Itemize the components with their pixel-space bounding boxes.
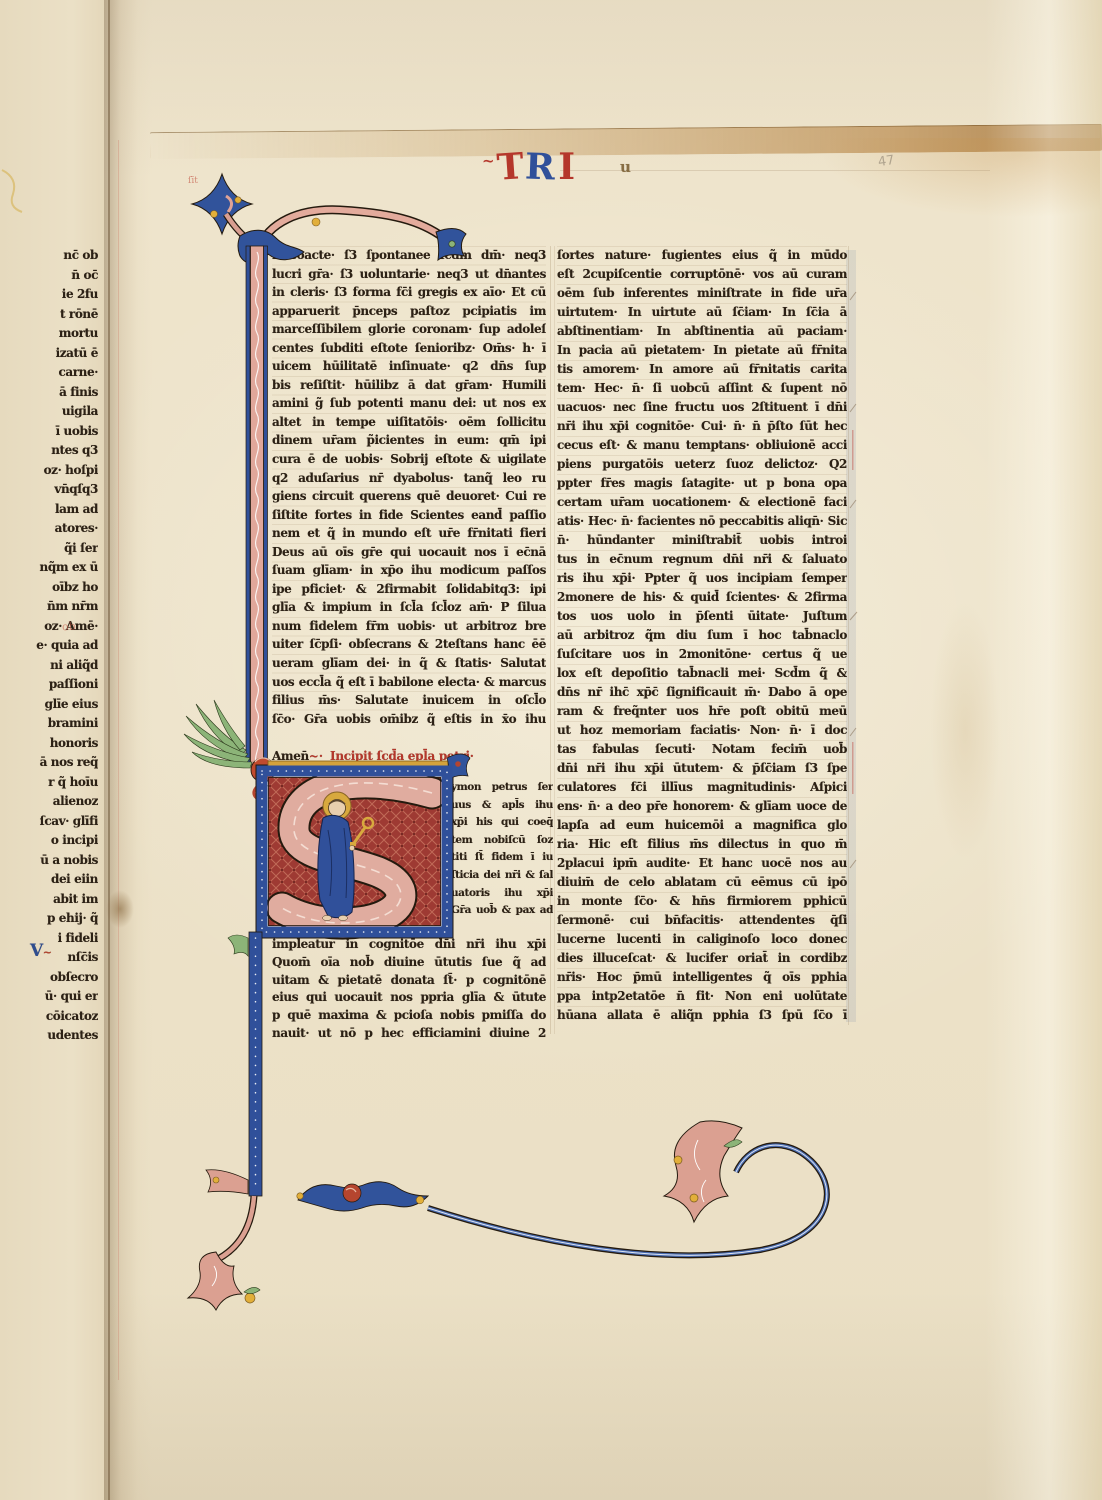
stain	[820, 138, 1100, 218]
text-line: lucerne lucenti in caliginoſo loco donec	[557, 930, 847, 949]
text-line: dn̄i nr̄i ihu xp̄i ūtutem· & p̄ſc̄iam ſ3…	[557, 759, 847, 778]
quire-signature: ſīt	[188, 176, 198, 186]
text-line: Deus aū oīs gr̄e qui uocauit nos ī ec̄nā	[272, 543, 546, 562]
text-line: lox eſt depoſitio tab̄nacli mei· Scd̄m q…	[557, 664, 847, 683]
facing-margin-note: ob	[62, 620, 77, 634]
text-line: uiter ſc̄pſi· obſecrans & 2teſtans hanc …	[272, 635, 546, 654]
text-column-right: ſortes nature· fugientes eius q̃ in mūdo…	[557, 246, 847, 1025]
text-line: uos eccl̄a q̃ eſt ī babilone electa· & m…	[272, 673, 546, 692]
text-line: uacuos· nec ſine fructu uos 2ſtituent ī …	[557, 398, 847, 417]
text-line: in cleris· ſ3 forma fc̄i gregis ex aīo· …	[272, 283, 546, 302]
stain	[930, 600, 1000, 860]
text-line: Gr̄a uob̄ & pax ad	[451, 902, 553, 920]
running-header-letter: T	[495, 145, 525, 189]
text-line: tas fabulas ſecuti· Notam fecim̄ uob̄	[557, 740, 847, 759]
text-below-initial: impleatur in cognitōe dn̄i nr̄i ihu xp̄i…	[272, 936, 546, 1043]
text-line: aū arbitroz q̃m diu ſum ī hoc tab̄naclo	[557, 626, 847, 645]
text-line-fragment: cōicatoz	[0, 1007, 98, 1027]
text-line: oēm ſub inferentes miniſtrate in fide ur…	[557, 284, 847, 303]
text-line: p quē maxima & pcioſa nobis pmiſſa do	[272, 1007, 546, 1025]
text-line: impleatur in cognitōe dn̄i nr̄i ihu xp̄i	[272, 936, 546, 954]
text-line-fragment: ū· qui er	[0, 987, 98, 1007]
text-line-fragment: ntes q3	[0, 441, 98, 461]
text-line: nr̄is· Hoc p̄mū intelligentes q̃ oīs pph…	[557, 968, 847, 987]
text-line: cecus eſt· & manu temptans· obliuionē ac…	[557, 436, 847, 455]
text-line: xp̄i his qui coeq̄	[451, 814, 553, 832]
text-line: q2 aduſarius nr̄ dyabolus· tanq̃ leo ru	[272, 469, 546, 488]
text-line: ſc̄o· Gr̄a uobis om̄ibz q̃ eſtis in x̄o …	[272, 710, 546, 729]
text-line: eius qui uocauit nos ppria glīa & ūtute	[272, 989, 546, 1007]
text-line: tem nobiſcū ſoz	[451, 832, 553, 850]
text-line: 2placui ipm̄ audite· Et hanc uocē nos au	[557, 854, 847, 873]
rubric-incipit: Incipit ſcd̄a epl̄a petri·	[330, 749, 474, 763]
text-line: ipe pficiet· & 2firmabit ſolidabitq3: ip…	[272, 580, 546, 599]
text-line-fragment: izatū ē	[0, 344, 98, 364]
text-line-fragment: ā finis	[0, 383, 98, 403]
text-line: ria· Hic eſt filius m̄s dilectus in quo …	[557, 835, 847, 854]
text-line: 2monere de his· & quid̄ ſcientes· & 2fir…	[557, 588, 847, 607]
text-line-fragment: abit im	[0, 890, 98, 910]
text-line: dinem ur̄am p̃icientes in eum: qm̄ ipi	[272, 431, 546, 450]
text-line: altet in tempe uiſitatōis· oēm ſollicitu	[272, 413, 546, 432]
text-line: nauit· ut nō p hec efficiamini diuine 2	[272, 1025, 546, 1043]
text-line-fragment: udentes	[0, 1026, 98, 1046]
text-line: ris ihu xp̄i· Ppter q̃ uos incipiam ſemp…	[557, 569, 847, 588]
text-line: ppa intp2etatōe n̄ fit· Non eni uolūtate	[557, 987, 847, 1006]
text-line: ppter fr̄es magis ſatagite· ut p bona op…	[557, 474, 847, 493]
text-line-fragment: paſſioni	[0, 675, 98, 695]
stray-letter-mark: u	[620, 158, 631, 176]
page-gutter-edge	[104, 0, 152, 1500]
text-line: ſortes nature· fugientes eius q̃ in mūdo	[557, 246, 847, 265]
text-line-fragment: dei eiin	[0, 870, 98, 890]
text-line: In pacia aū pietatem· In pietate aū fr̄n…	[557, 341, 847, 360]
text-line-fragment: bramini	[0, 714, 98, 734]
text-line: culatores fc̄i illīus magnitudinis· Aſpi…	[557, 778, 847, 797]
text-line-fragment: oz· hoſpi	[0, 461, 98, 481]
text-line: bis reſiſtit· hūilibz ā dat gr̄am· Humil…	[272, 376, 546, 395]
text-line-fragment: r q̃ hoīu	[0, 773, 98, 793]
text-line: nem et q̃ in mundo eſt ur̄e fr̄nitati fi…	[272, 524, 546, 543]
text-line: ñ coacte· ſ3 ſpontanee ſcd̄m dm̄· neq3 t…	[272, 246, 546, 265]
text-line-fragment: obſecro	[0, 968, 98, 988]
text-line: amini g̃ ſub potenti manu dei: ut nos ex	[272, 394, 546, 413]
text-line-fragment: p ehij· q̃	[0, 909, 98, 929]
text-line: lapſa ad eum huicemōi a magnifica glo	[557, 816, 847, 835]
facing-page-edge: nc̄ obn̄ oc̄ie 2fut rōnēmortuizatū ēcarn…	[0, 0, 104, 1500]
folio-pencil-mark: 47	[877, 153, 895, 170]
text-line-fragment: lam ad	[0, 500, 98, 520]
text-line-fragment: e· quia ad	[0, 636, 98, 656]
manuscript-photo: nc̄ obn̄ oc̄ie 2fut rōnēmortuizatū ēcarn…	[0, 0, 1102, 1500]
text-line: nr̄i ihu xp̄i cognitōe· Cui· n̄· n̄ p̄ſt…	[557, 417, 847, 436]
text-line-fragment: ie 2fu	[0, 285, 98, 305]
text-line: uitam & pietatē donata ſt̄· p cognitōnē	[272, 972, 546, 990]
text-line-fragment: ā nos req̃	[0, 753, 98, 773]
text-line: hūana allata ē aliq̃n pphia ſ3 ſpū ſc̄o …	[557, 1006, 847, 1025]
text-line: tos uos uolo in p̄ſenti ūitate· Juſtum	[557, 607, 847, 626]
text-line: ſticia dei nr̄i & ſal	[451, 867, 553, 885]
text-line: uatoris ihu xp̄i	[451, 885, 553, 903]
text-line: centes ſubditi eſtote ſenioribz· Om̄s· h…	[272, 339, 546, 358]
penwork-flourish: ~	[43, 946, 52, 959]
running-header-letter: I	[558, 146, 575, 188]
text-line: ſermonē· cui bn̄facitis· attendentes q̄ſ…	[557, 911, 847, 930]
ruling-line	[554, 246, 555, 1034]
text-line: ram & freq̃nter uos hr̄e poſt obitū meū	[557, 702, 847, 721]
text-line-fragment: ſcav· glīfi	[0, 812, 98, 832]
text-line: marceſſibilem glorie coronam· ſup adoleſ	[272, 320, 546, 339]
text-line: Quom̄ oīa nob̄ diuine ūtutis ſue q̃ ad	[272, 954, 546, 972]
text-line: ſiſtite fortes in fide Scientes eand̄ pa…	[272, 506, 546, 525]
text-line-fragment: honoris	[0, 734, 98, 754]
text-line: tus in ec̄num regnum dn̄i nr̄i & ſaluato	[557, 550, 847, 569]
text-line: uicem hūilitatē inſinuate· q2 dn̄s ſup	[272, 357, 546, 376]
text-line: abſtinentiam· In abſtinentia aū paciam·	[557, 322, 847, 341]
text-line: ut hoz memoriam faciatis· Non· n̄· ī doc	[557, 721, 847, 740]
text-line-fragment: nq̃m ex ū	[0, 558, 98, 578]
text-line: titi ſt̄ fidem ī iu	[451, 849, 553, 867]
text-line: tis amorem· In amore aū fr̄nitatis carit…	[557, 360, 847, 379]
text-line-fragment: glīe eius	[0, 695, 98, 715]
text-line: uirtutem· In uirtute aū ſc̄iam· In ſc̄ia…	[557, 303, 847, 322]
text-line: ueram glīam dei· in q̃ & ſtatis· Salutat	[272, 654, 546, 673]
text-line-fragment: ī uobis	[0, 422, 98, 442]
text-line: lucri gr̄a· ſ3 uoluntarie· neq3 ut dn̄an…	[272, 265, 546, 284]
text-line-fragment: q̃i ſer	[0, 539, 98, 559]
text-line: certam ur̄am uocationem· & electionē fac…	[557, 493, 847, 512]
text-line-fragment: o incipi	[0, 831, 98, 851]
text-line: piens purgatōis ueterz ſuoz delictoz· Q2	[557, 455, 847, 474]
text-line-fragment: ni aliq̃d	[0, 656, 98, 676]
facing-page-text: nc̄ obn̄ oc̄ie 2fut rōnēmortuizatū ēcarn…	[0, 246, 98, 1046]
text-line: filius m̄s· Salutate inuicem in oſcl̄o	[272, 691, 546, 710]
running-header-letter: R	[525, 145, 556, 188]
text-line-fragment: n̄m nr̄m	[0, 597, 98, 617]
text-line: apparuerit p̄nceps paſtoz pcipiatis im	[272, 302, 546, 321]
text-line: dn̄s nr̄ ihc̄ xp̄c̄ ſignificauit m̄· Dab…	[557, 683, 847, 702]
text-line-fragment: t rōnē	[0, 305, 98, 325]
text-line-fragment: oz· Amē·	[0, 617, 98, 637]
text-line: num fidelem fr̄m uobis· ut arbitroz bre	[272, 617, 546, 636]
text-line: ens· n̄· a deo pr̄e honorem· & glīam uoc…	[557, 797, 847, 816]
text-line: ymon petrus ſer	[451, 779, 553, 797]
text-line: tem· Hec· n̄· ſi uobcū aſſint & ſupent n…	[557, 379, 847, 398]
text-line-fragment: nc̄ ob	[0, 246, 98, 266]
header-flourish: ~	[482, 152, 495, 170]
explicit-amen: Amen̄	[272, 749, 309, 763]
text-line: diuim̄ de celo ablatam cū eēmus cū ipō	[557, 873, 847, 892]
text-line: giens circuit querens quē deuoret· Cui r…	[272, 487, 546, 506]
text-line-fragment: n̄ oc̄	[0, 266, 98, 286]
text-line-fragment: ū a nobis	[0, 851, 98, 871]
text-line-fragment: atores·	[0, 519, 98, 539]
ruling-line	[848, 246, 849, 1025]
paraph-mark: ~·	[309, 749, 323, 763]
text-line: dies illuceſcat· & lucifer oriat̄ in cor…	[557, 949, 847, 968]
text-line: in monte ſc̄o· & hn̄s firmiorem pphicū	[557, 892, 847, 911]
text-line: uus & apl̄s ihu	[451, 797, 553, 815]
text-beside-initial: ymon petrus ſeruus & apl̄s ihuxp̄i his q…	[451, 779, 553, 920]
text-column-left: ñ coacte· ſ3 ſpontanee ſcd̄m dm̄· neq3 t…	[272, 246, 546, 728]
text-line: eſt 2cupiſcentie corruptōnē· vos aū cura…	[557, 265, 847, 284]
text-line-fragment: uigila	[0, 402, 98, 422]
text-line-fragment: carne·	[0, 363, 98, 383]
facing-initial-V: V~	[30, 941, 52, 961]
text-line-fragment: mortu	[0, 324, 98, 344]
leaf-right-curve	[985, 0, 1102, 1500]
text-line-fragment: vn̄qſq3	[0, 480, 98, 500]
text-line-fragment: oībz ho	[0, 578, 98, 598]
text-line: ſuam glīam· in xp̄o ihu modicum paſſos	[272, 561, 546, 580]
text-line: atis· Hec· n̄· facientes nō peccabitis a…	[557, 512, 847, 531]
rubric-row: Amen̄~·Incipit ſcd̄a epl̄a petri·	[272, 747, 546, 766]
text-line: glīa & impium in ſcl̄a ſcl̄oz am̄· P ſil…	[272, 598, 546, 617]
text-line: ſuſcitare uos in 2monitōne· certus q̃ ue	[557, 645, 847, 664]
text-line-fragment: alienoz	[0, 792, 98, 812]
text-line: n̄· hūndanter miniſtrabit̄ uobis introi	[557, 531, 847, 550]
stain	[106, 890, 134, 928]
text-line: cura ē de uobis· Sobrij eſtote & uigilat…	[272, 450, 546, 469]
